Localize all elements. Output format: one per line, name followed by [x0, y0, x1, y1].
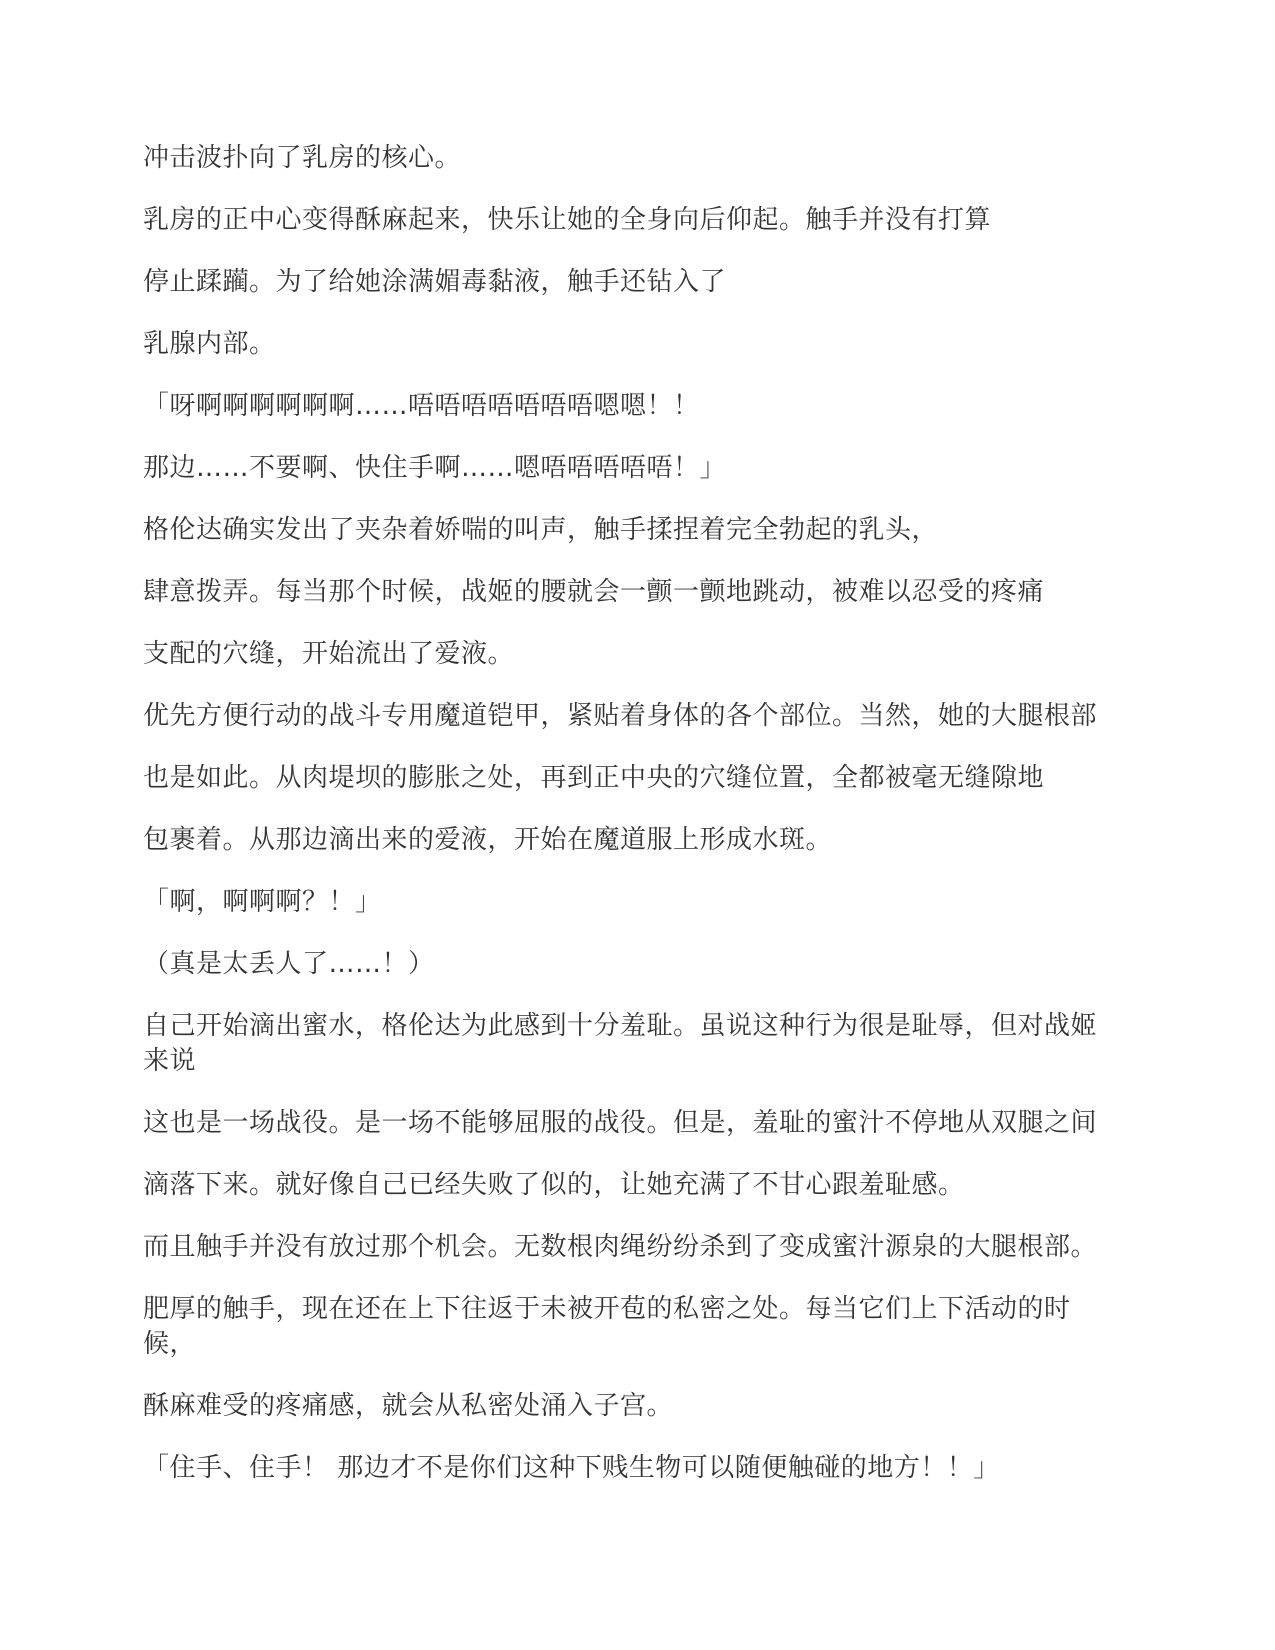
- paragraph: 优先方便行动的战斗专用魔道铠甲，紧贴着身体的各个部位。当然，她的大腿根部: [143, 699, 1133, 734]
- document-page: 冲击波扑向了乳房的核心。 乳房的正中心变得酥麻起来，快乐让她的全身向后仰起。触手…: [0, 0, 1275, 1650]
- paragraph: 乳腺内部。: [143, 327, 1133, 362]
- paragraph: 而且触手并没有放过那个机会。无数根肉绳纷纷杀到了变成蜜汁源泉的大腿根部。: [143, 1230, 1133, 1265]
- paragraph: 自己开始滴出蜜水，格伦达为此感到十分羞耻。虽说这种行为很是耻辱，但对战姬 来说: [143, 1009, 1133, 1079]
- paragraph: 肆意拨弄。每当那个时候，战姬的腰就会一颤一颤地跳动，被难以忍受的疼痛: [143, 575, 1133, 610]
- paragraph: 冲击波扑向了乳房的核心。: [143, 141, 1133, 176]
- paragraph-quote: 那边……不要啊、快住手啊……嗯唔唔唔唔唔！」: [143, 451, 1133, 486]
- paragraph: 停止蹂躏。为了给她涂满媚毒黏液，触手还钻入了: [143, 265, 1133, 300]
- paragraph: 也是如此。从肉堤坝的膨胀之处，再到正中央的穴缝位置，全都被毫无缝隙地: [143, 761, 1133, 796]
- paragraph: 包裹着。从那边滴出来的爱液，开始在魔道服上形成水斑。: [143, 823, 1133, 858]
- paragraph: 滴落下来。就好像自己已经失败了似的，让她充满了不甘心跟羞耻感。: [143, 1168, 1133, 1203]
- paragraph: 肥厚的触手，现在还在上下往返于未被开苞的私密之处。每当它们上下活动的时 候，: [143, 1292, 1133, 1362]
- paragraph: 这也是一场战役。是一场不能够屈服的战役。但是，羞耻的蜜汁不停地从双腿之间: [143, 1106, 1133, 1141]
- paragraph: 酥麻难受的疼痛感，就会从私密处涌入子宫。: [143, 1389, 1133, 1424]
- paragraph: 乳房的正中心变得酥麻起来，快乐让她的全身向后仰起。触手并没有打算: [143, 203, 1133, 238]
- paragraph-quote: 「住手、住手！ 那边才不是你们这种下贱生物可以随便触碰的地方！！」: [143, 1451, 1133, 1486]
- paragraph-thought: （真是太丢人了……！）: [143, 947, 1133, 982]
- paragraph: 支配的穴缝，开始流出了爱液。: [143, 637, 1133, 672]
- paragraph-quote: 「呀啊啊啊啊啊啊……唔唔唔唔唔唔唔嗯嗯！！: [143, 389, 1133, 424]
- paragraph: 格伦达确实发出了夹杂着娇喘的叫声，触手揉捏着完全勃起的乳头，: [143, 513, 1133, 548]
- paragraph-quote: 「啊，啊啊啊？！」: [143, 885, 1133, 920]
